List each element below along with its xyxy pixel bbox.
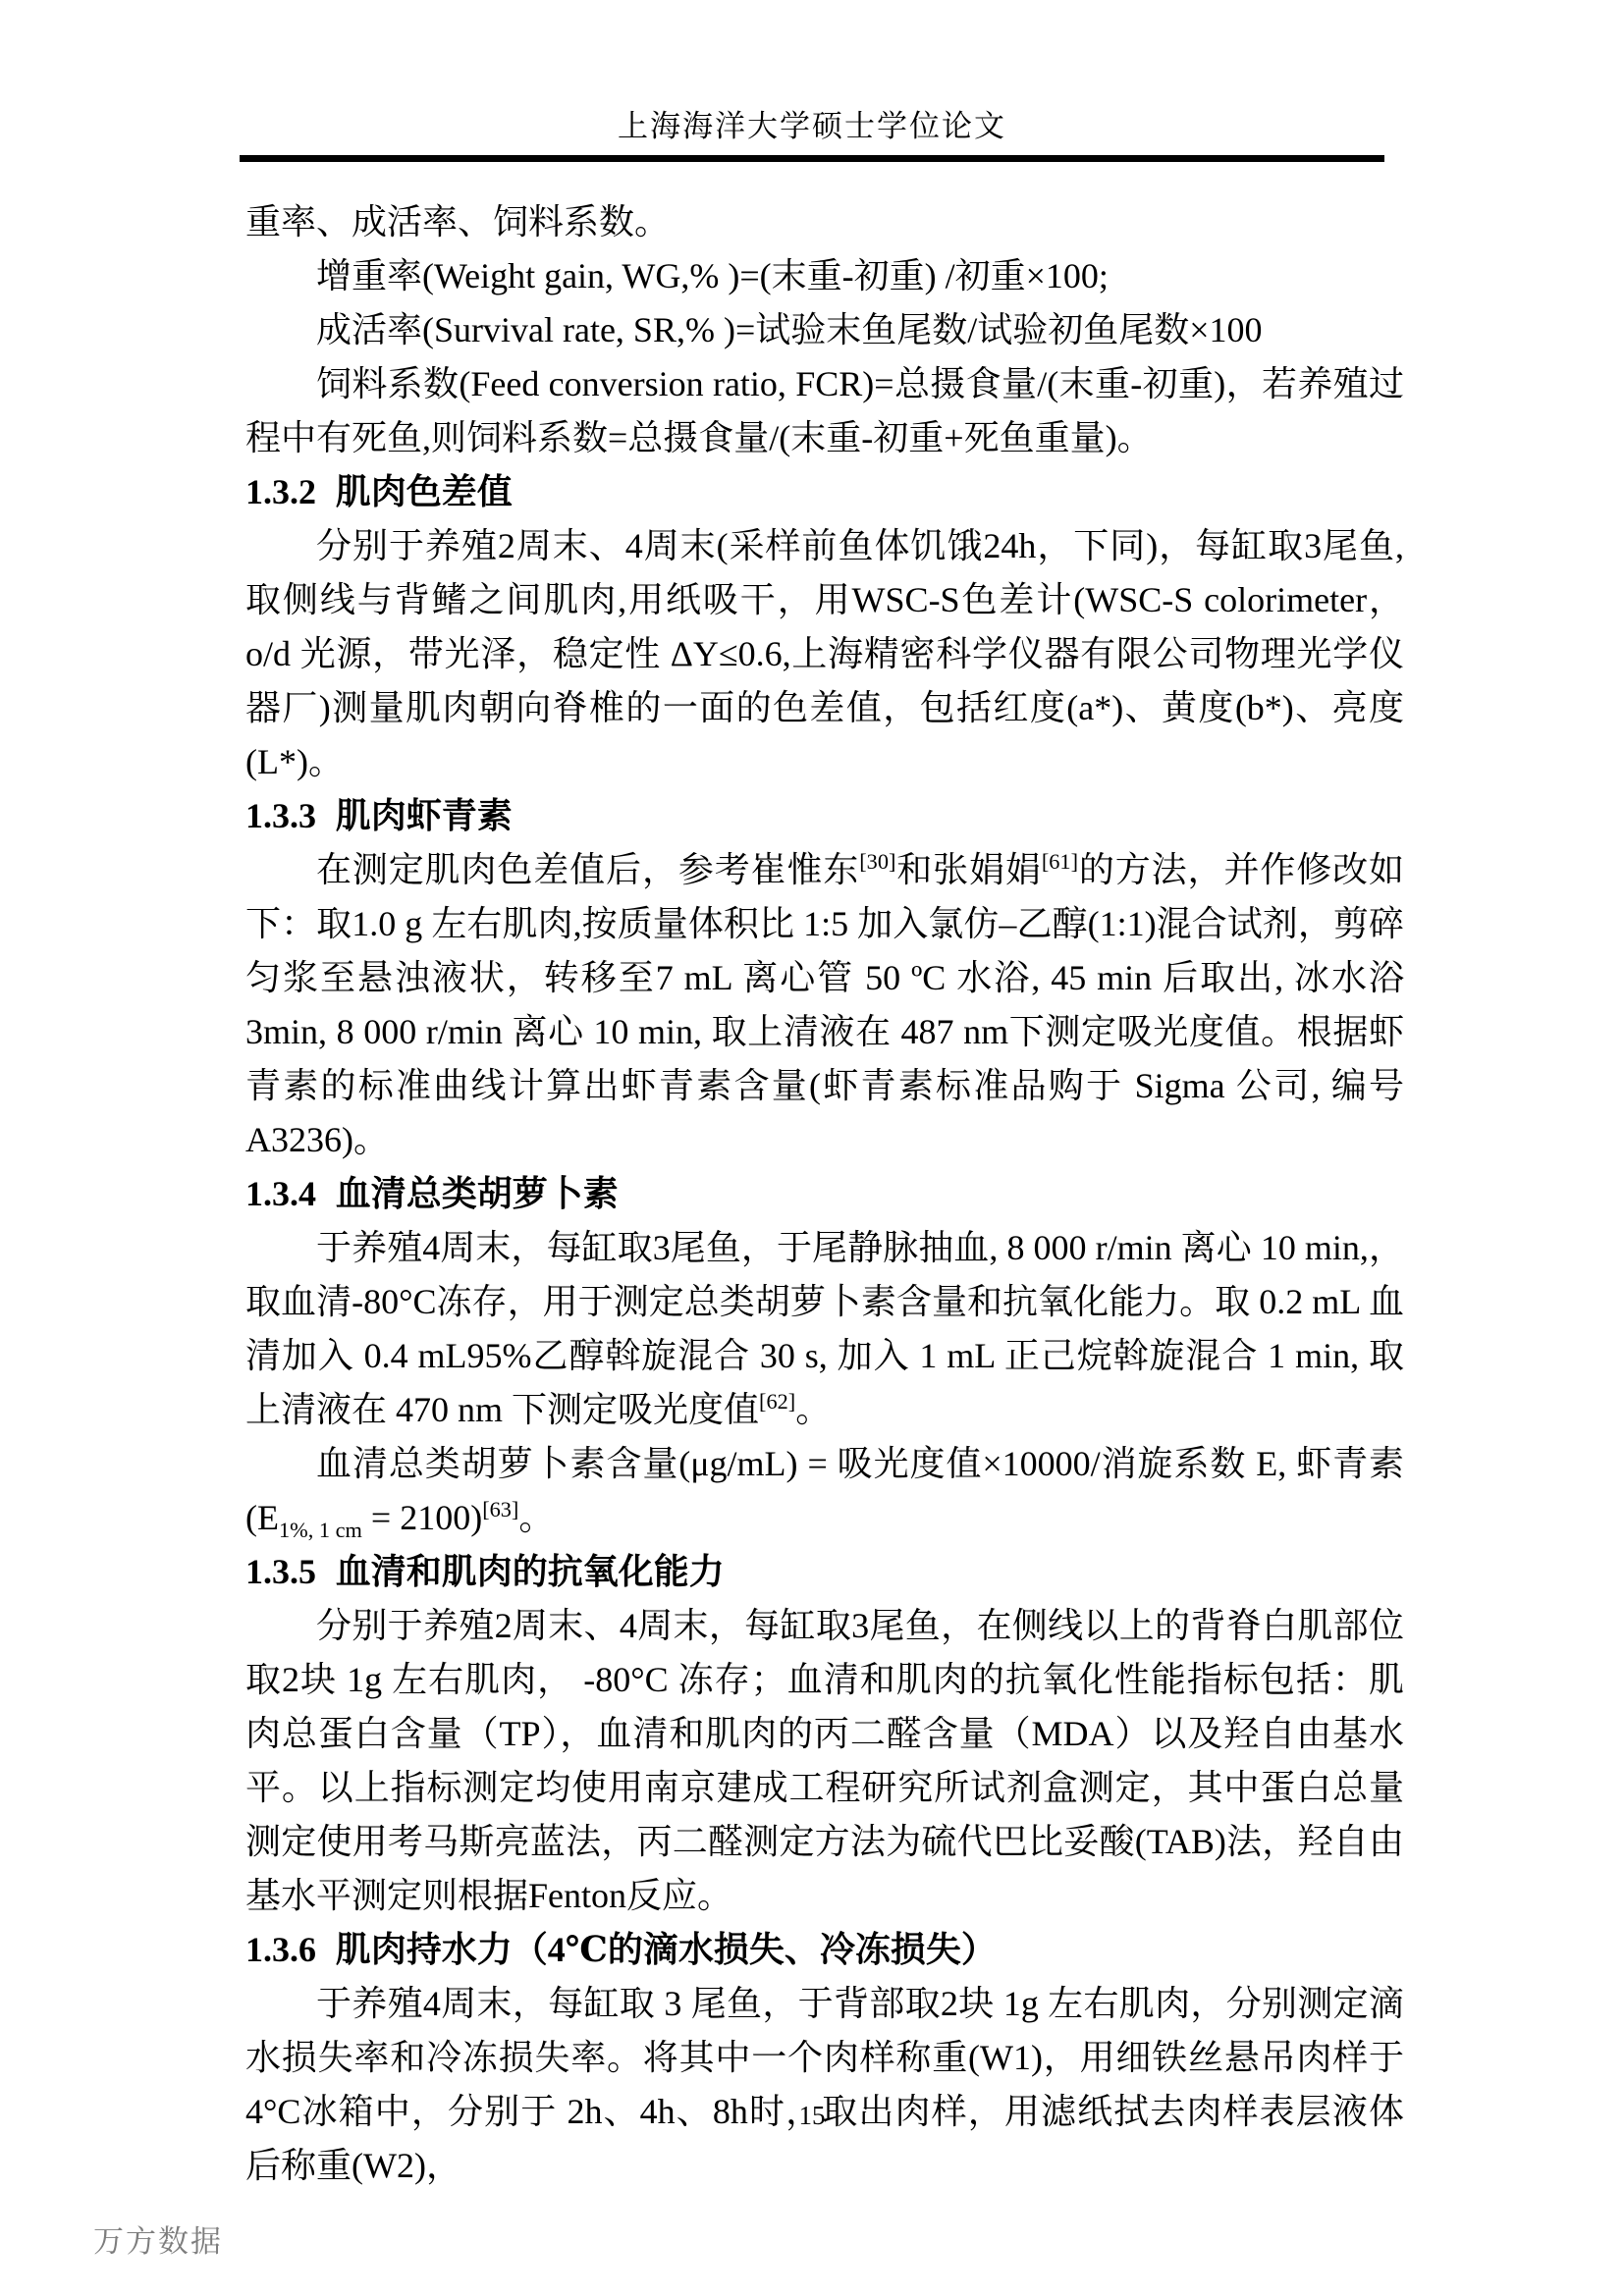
paragraph: 饲料系数(Feed conversion ratio, FCR)=总摄食量/(末… xyxy=(245,357,1404,465)
citation-ref: [30] xyxy=(859,849,895,874)
section-title: 肌肉持水力（4℃的滴水损失、冷冻损失） xyxy=(336,1930,997,1969)
section-title: 血清和肌肉的抗氧化能力 xyxy=(336,1552,725,1591)
paragraph: 在测定肌肉色差值后，参考崔惟东[30]和张娟娟[61]的方法，并作修改如下：取1… xyxy=(245,843,1404,1167)
section-number: 1.3.2 xyxy=(245,472,316,511)
paragraph: 于养殖4周末，每缸取 3 尾鱼，于背部取2块 1g 左右肌肉，分别测定滴水损失率… xyxy=(245,1977,1404,2193)
section-number: 1.3.4 xyxy=(245,1174,316,1213)
wanfang-watermark: 万方数据 xyxy=(93,2216,223,2261)
section-number: 1.3.6 xyxy=(245,1930,316,1969)
section-heading-1.3.5: 1.3.5血清和肌肉的抗氧化能力 xyxy=(245,1545,1404,1599)
section-number: 1.3.3 xyxy=(245,796,316,835)
section-heading-1.3.6: 1.3.6肌肉持水力（4℃的滴水损失、冷冻损失） xyxy=(245,1923,1404,1977)
paragraph: 分别于养殖2周末、4周末(采样前鱼体饥饿24h，下同)，每缸取3尾鱼,取侧线与背… xyxy=(245,519,1404,789)
thesis-page: 上海海洋大学硕士学位论文 重率、成活率、饲料系数。增重率(Weight gain… xyxy=(0,0,1624,2296)
subscript: 1%, 1 cm xyxy=(279,1518,362,1542)
thesis-header-title: 上海海洋大学硕士学位论文 xyxy=(618,108,1006,145)
citation-ref: [63] xyxy=(482,1497,518,1522)
section-title: 肌肉虾青素 xyxy=(336,796,513,835)
section-number: 1.3.5 xyxy=(245,1552,316,1591)
citation-ref: [61] xyxy=(1042,849,1078,874)
paragraph: 增重率(Weight gain, WG,% )=(末重-初重) /初重×100; xyxy=(245,249,1404,303)
paragraph: 血清总类胡萝卜素含量(μg/mL) = 吸光度值×10000/消旋系数 E, 虾… xyxy=(245,1437,1404,1545)
header-rule xyxy=(240,155,1384,162)
section-heading-1.3.4: 1.3.4血清总类胡萝卜素 xyxy=(245,1167,1404,1221)
section-title: 肌肉色差值 xyxy=(336,472,513,511)
paragraph: 成活率(Survival rate, SR,% )=试验末鱼尾数/试验初鱼尾数×… xyxy=(245,303,1404,357)
paragraph: 重率、成活率、饲料系数。 xyxy=(245,195,1404,249)
section-heading-1.3.3: 1.3.3肌肉虾青素 xyxy=(245,789,1404,843)
section-heading-1.3.2: 1.3.2肌肉色差值 xyxy=(245,465,1404,519)
page-number: 15 xyxy=(0,2101,1624,2131)
page-header: 上海海洋大学硕士学位论文 xyxy=(0,0,1624,162)
citation-ref: [62] xyxy=(759,1389,795,1414)
paragraph: 于养殖4周末，每缸取3尾鱼，于尾静脉抽血, 8 000 r/min 离心 10 … xyxy=(245,1221,1404,1437)
paragraph: 分别于养殖2周末、4周末，每缸取3尾鱼，在侧线以上的背脊白肌部位取2块 1g 左… xyxy=(245,1599,1404,1923)
content: 重率、成活率、饲料系数。增重率(Weight gain, WG,% )=(末重-… xyxy=(245,195,1404,2193)
section-title: 血清总类胡萝卜素 xyxy=(336,1174,619,1213)
